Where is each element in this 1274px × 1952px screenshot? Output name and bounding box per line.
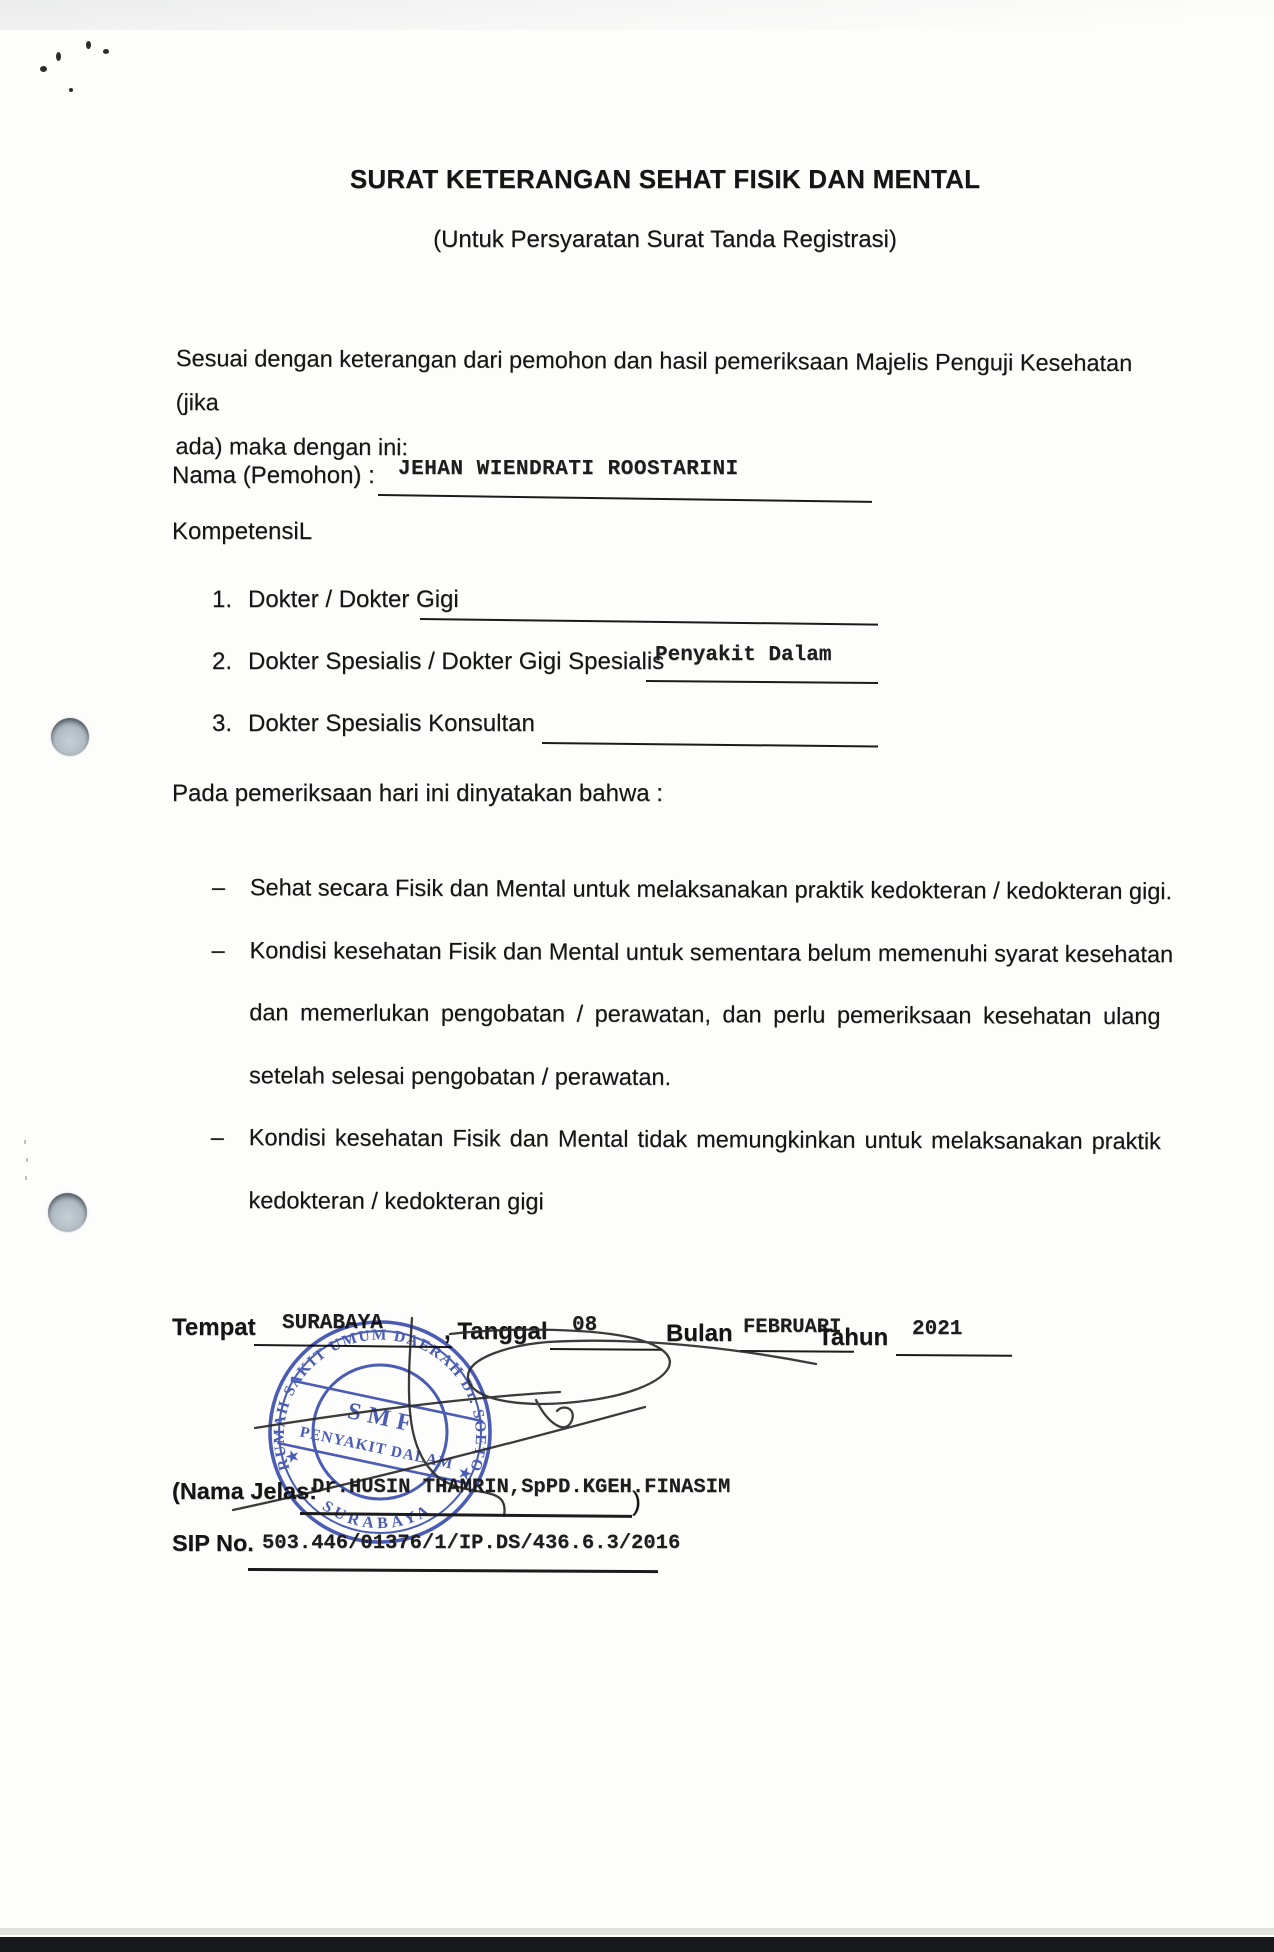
nama-value: Dr.HUSIN THAMRIN,SpPD.KGEH.FINASIM (312, 1476, 730, 1499)
edge-mark (26, 1158, 28, 1162)
ink-speck (69, 88, 73, 92)
statement-item: – Sehat secara Fisik dan Mental untuk me… (212, 856, 1202, 923)
document-subtitle: (Untuk Persyaratan Surat Tanda Registras… (28, 226, 1274, 254)
nama-close-paren: ) (632, 1486, 641, 1517)
statement-item-text: Sehat secara Fisik dan Mental untuk mela… (250, 856, 1172, 923)
statement-list: – Sehat secara Fisik dan Mental untuk me… (210, 856, 1202, 1235)
statement-line: Kondisi kesehatan Fisik dan Mental untuk… (249, 919, 1173, 986)
tahun-value: 2021 (912, 1318, 962, 1341)
item-2-number: 2. (212, 648, 232, 676)
competency-heading: KompetensiL (172, 518, 312, 546)
item-2-label: Dokter Spesialis / Dokter Gigi Spesialis (248, 648, 664, 676)
scan-top-band (0, 0, 1274, 30)
statement-line: Kondisi kesehatan Fisik dan Mental tidak… (249, 1106, 1161, 1172)
edge-mark (25, 1176, 27, 1180)
statement-item: – Kondisi kesehatan Fisik dan Mental unt… (211, 918, 1202, 1110)
item-2-value: Penyakit Dalam (655, 644, 831, 667)
sip-value: 503.446/01376/1/IP.DS/436.6.3/2016 (262, 1532, 680, 1555)
statement-line: Sehat secara Fisik dan Mental untuk mela… (250, 856, 1172, 923)
scan-bottom-bar (0, 1937, 1274, 1952)
scan-bottom-smudge (0, 1928, 1274, 1935)
statement-line: kedokteran / kedokteran gigi (248, 1169, 1160, 1235)
statement-item: – Kondisi kesehatan Fisik dan Mental tid… (210, 1106, 1201, 1235)
sip-label: SIP No. (172, 1530, 254, 1557)
ink-speck (103, 49, 109, 54)
scanned-document-page: SURAT KETERANGAN SEHAT FISIK DAN MENTAL … (0, 0, 1274, 1952)
statement-line: dan memerlukan pengobatan / perawatan, d… (249, 981, 1173, 1048)
ink-speck (56, 52, 61, 61)
item-3-underline (542, 710, 878, 748)
item-1-underline (420, 586, 878, 626)
edge-mark (24, 1140, 26, 1144)
item-3-label: Dokter Spesialis Konsultan (248, 710, 535, 738)
statement-heading: Pada pemeriksaan hari ini dinyatakan bah… (172, 780, 663, 808)
statement-line: setelah selesai pengobatan / perawatan. (249, 1044, 1173, 1111)
item-1-number: 1. (212, 586, 232, 614)
applicant-value: JEHAN WIENDRATI ROOSTARINI (398, 458, 739, 481)
ink-speck (86, 41, 91, 49)
item-3-number: 3. (212, 710, 232, 738)
dash-bullet: – (210, 1106, 249, 1231)
intro-paragraph: Sesuai dengan keterangan dari pemohon da… (175, 336, 1176, 473)
hole-punch-bottom (48, 1193, 87, 1232)
hole-punch-top (51, 718, 89, 756)
intro-line-1: Sesuai dengan keterangan dari pemohon da… (176, 336, 1176, 429)
statement-item-text: Kondisi kesehatan Fisik dan Mental tidak… (248, 1106, 1161, 1235)
document-title: SURAT KETERANGAN SEHAT FISIK DAN MENTAL (28, 164, 1274, 195)
ink-speck (40, 66, 47, 72)
dash-bullet: – (211, 918, 250, 1106)
nama-jelas-label: (Nama Jelas: (172, 1478, 317, 1505)
statement-item-text: Kondisi kesehatan Fisik dan Mental untuk… (249, 919, 1173, 1111)
dash-bullet: – (212, 856, 250, 919)
applicant-label: Nama (Pemohon) : (172, 462, 375, 490)
